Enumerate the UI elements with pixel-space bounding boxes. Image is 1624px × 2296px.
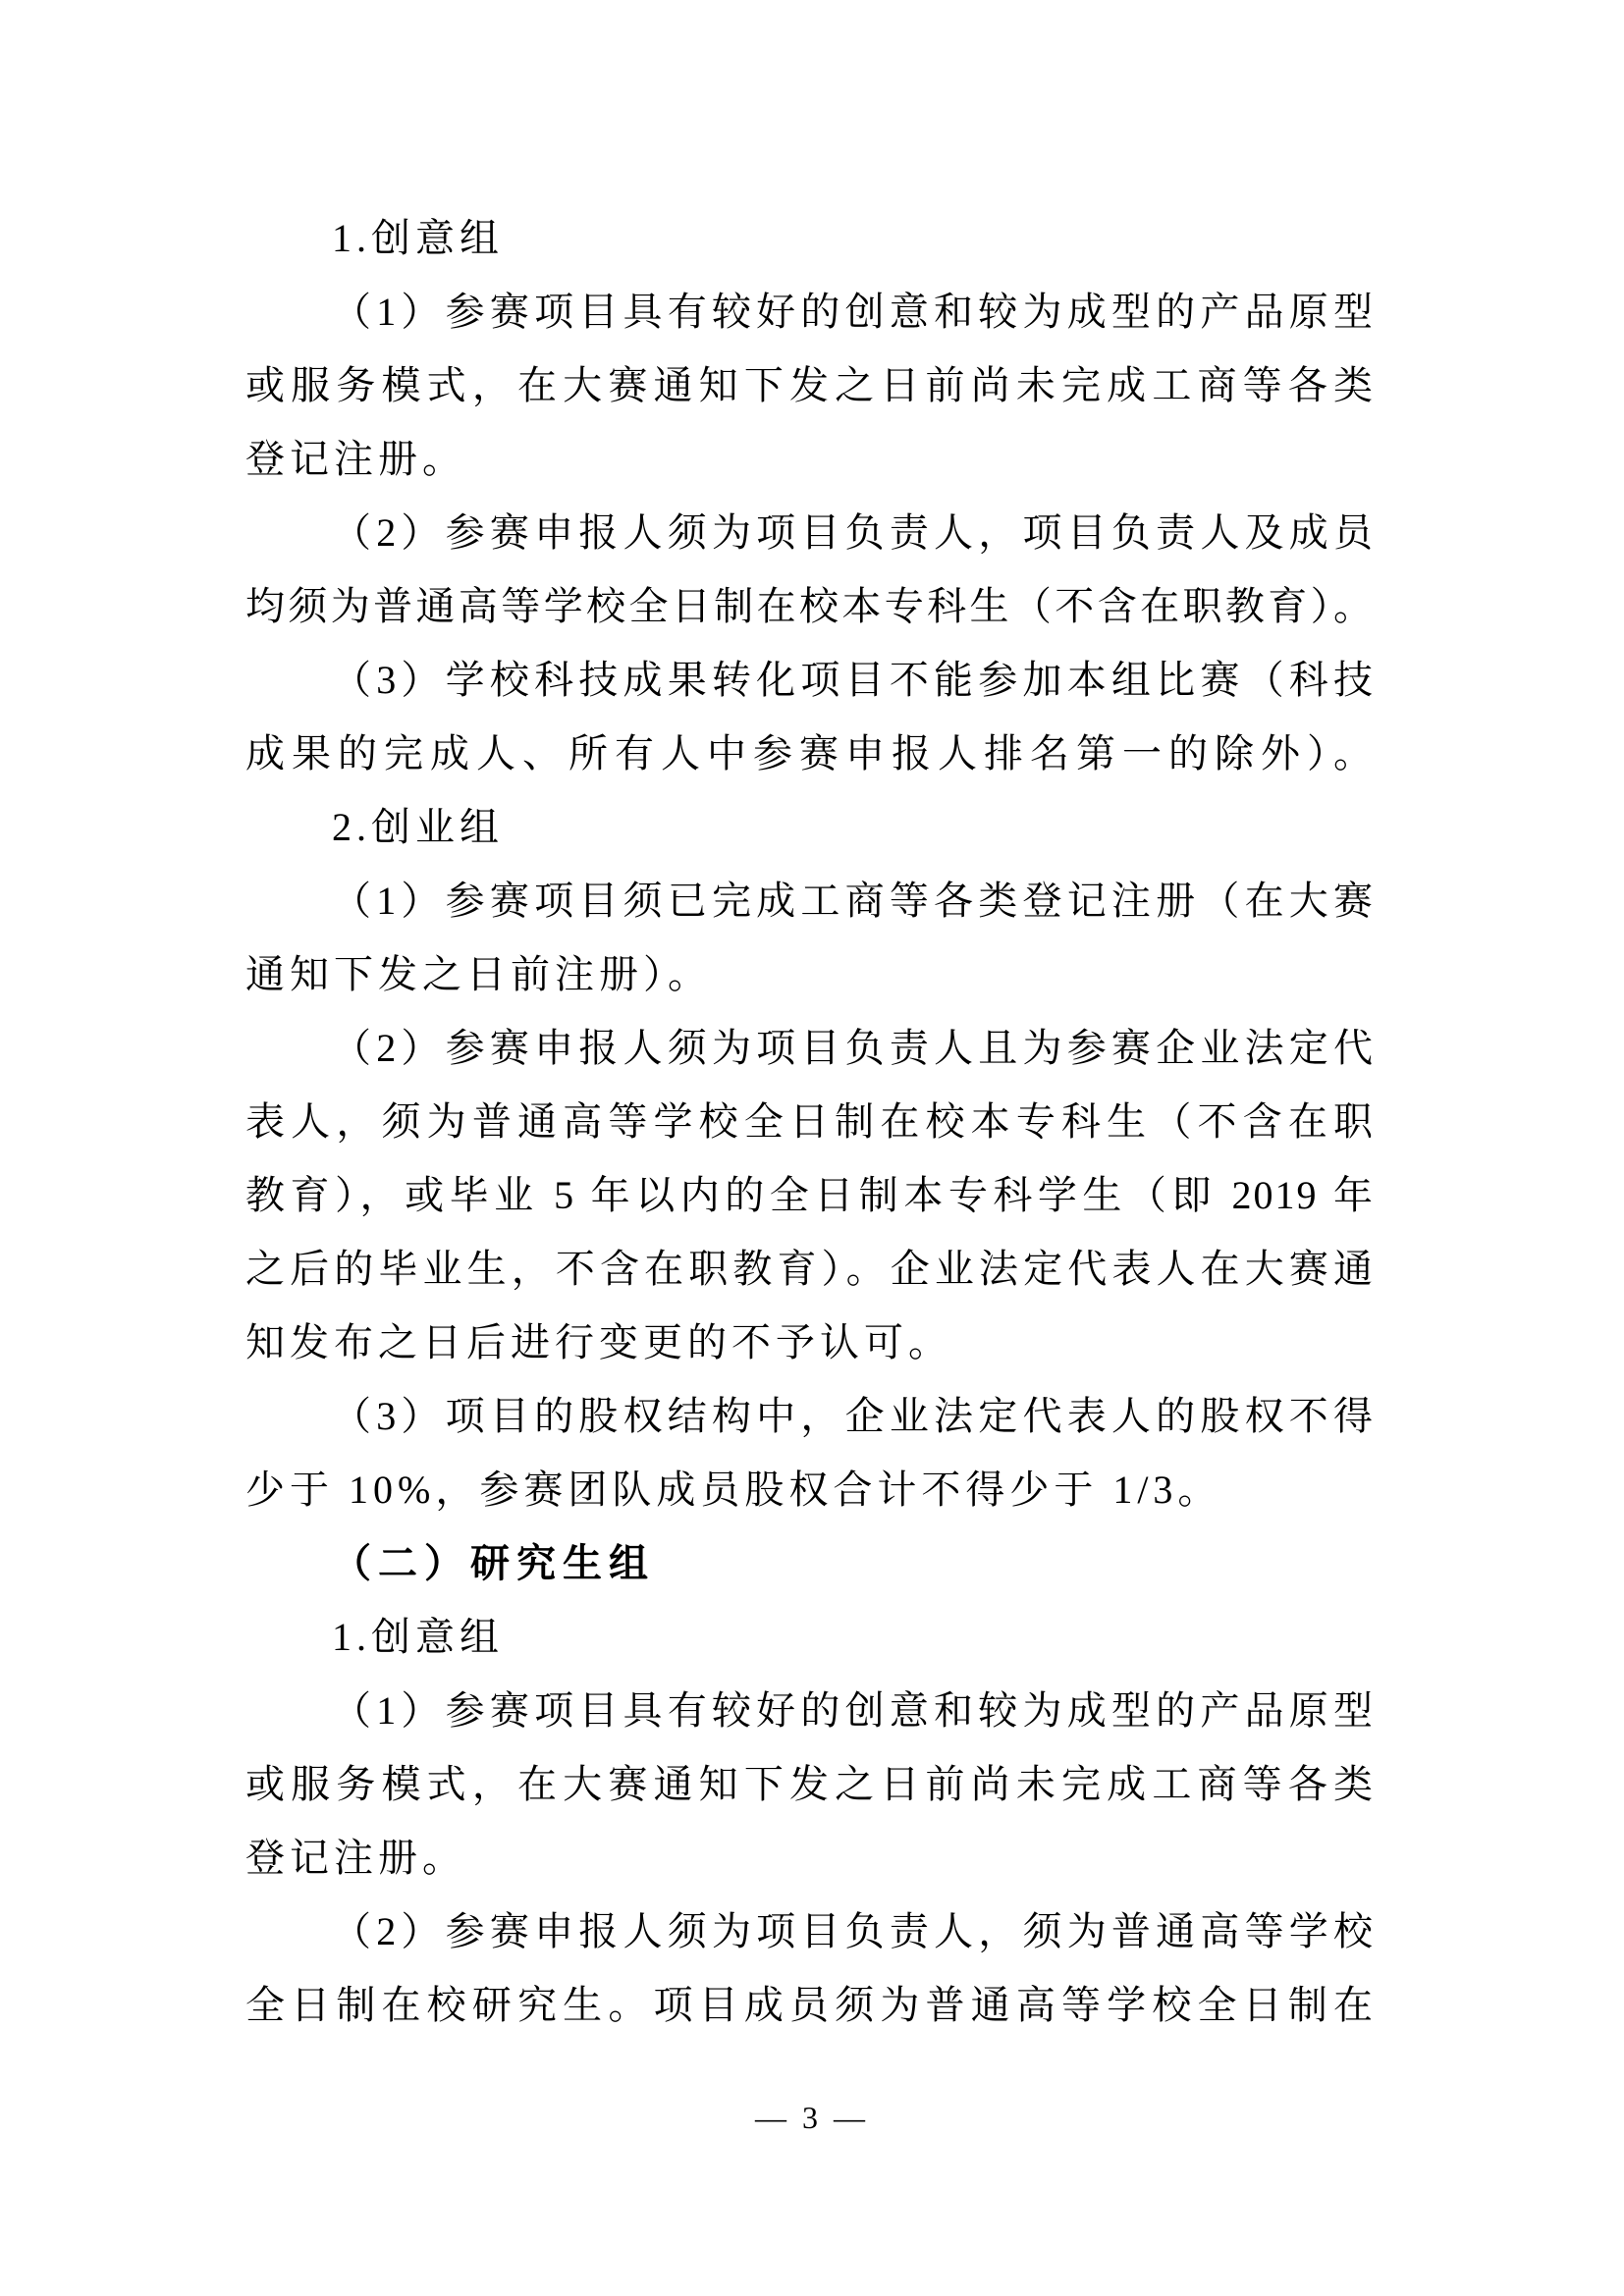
body-line: 登记注册。 — [245, 422, 1375, 496]
body-line: 成果的完成人、所有人中参赛申报人排名第一的除外）。 — [245, 717, 1375, 790]
body-line: （3）项目的股权结构中，企业法定代表人的股权不得 — [245, 1379, 1375, 1453]
body-line: 登记注册。 — [245, 1821, 1375, 1895]
subsection-heading-creative-group: 1.创意组 — [245, 201, 1375, 275]
body-line: （2）参赛申报人须为项目负责人且为参赛企业法定代 — [245, 1011, 1375, 1085]
body-line: 之后的毕业生，不含在职教育）。企业法定代表人在大赛通 — [245, 1232, 1375, 1306]
body-line: （2）参赛申报人须为项目负责人，须为普通高等学校 — [245, 1895, 1375, 1968]
body-line: 知发布之日后进行变更的不予认可。 — [245, 1306, 1375, 1379]
page-number: — 3 — — [0, 2093, 1624, 2142]
body-line: 或服务模式，在大赛通知下发之日前尚未完成工商等各类 — [245, 1747, 1375, 1821]
body-line: 少于 10%，参赛团队成员股权合计不得少于 1/3。 — [245, 1453, 1375, 1526]
body-line: （2）参赛申报人须为项目负责人，项目负责人及成员 — [245, 496, 1375, 569]
body-line: 或服务模式，在大赛通知下发之日前尚未完成工商等各类 — [245, 348, 1375, 422]
body-line: 教育），或毕业 5 年以内的全日制本专科学生（即 2019 年 — [245, 1158, 1375, 1232]
body-line: 全日制在校研究生。项目成员须为普通高等学校全日制在 — [245, 1968, 1375, 2042]
body-line: 通知下发之日前注册）。 — [245, 937, 1375, 1011]
body-line: 表人，须为普通高等学校全日制在校本专科生（不含在职 — [245, 1085, 1375, 1158]
body-line: （1）参赛项目具有较好的创意和较为成型的产品原型 — [245, 1674, 1375, 1747]
body-line: （1）参赛项目具有较好的创意和较为成型的产品原型 — [245, 275, 1375, 348]
subsection-heading-creative-group: 1.创意组 — [245, 1600, 1375, 1674]
document-page: 1.创意组 （1）参赛项目具有较好的创意和较为成型的产品原型 或服务模式，在大赛… — [0, 0, 1624, 2296]
body-line: （3）学校科技成果转化项目不能参加本组比赛（科技 — [245, 643, 1375, 717]
subsection-heading-startup-group: 2.创业组 — [245, 790, 1375, 864]
body-line: （1）参赛项目须已完成工商等各类登记注册（在大赛 — [245, 864, 1375, 937]
body-line: 均须为普通高等学校全日制在校本专科生（不含在职教育）。 — [245, 569, 1375, 643]
page-body: 1.创意组 （1）参赛项目具有较好的创意和较为成型的产品原型 或服务模式，在大赛… — [245, 201, 1375, 2042]
section-heading-graduate-group: （二）研究生组 — [245, 1526, 1375, 1600]
